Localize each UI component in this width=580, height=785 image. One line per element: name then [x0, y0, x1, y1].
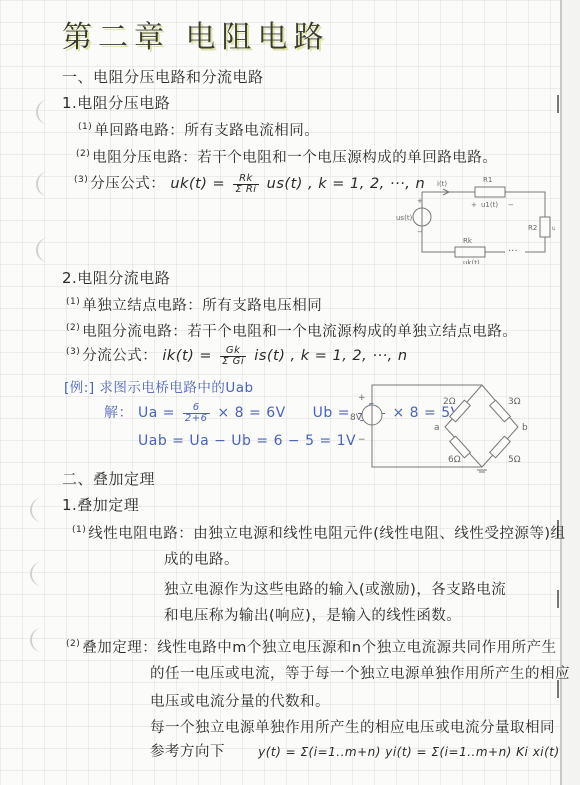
dots: ···: [508, 246, 518, 257]
edge-mark: [557, 95, 559, 113]
r1-label: R1: [483, 176, 492, 184]
sub1-heading: 1.电阻分压电路: [62, 92, 170, 113]
svg-text:+: +: [471, 201, 477, 209]
series-circuit-diagram: i(t) R1 u1(t) + − us(t) + − R2 u2(t) Rk …: [395, 172, 555, 264]
superposition-formula-line: 参考方向下 y(t) = Σ(i=1..m+n) yi(t) = Σ(i=1..…: [150, 740, 560, 761]
divider-item-2: (2)电阻分流电路：若干个电阻和一个电流源构成的单独立结点电路。: [66, 320, 517, 341]
r-6ohm-label: 6Ω: [448, 455, 461, 465]
current-divider-formula: (3)分流公式： ik(t) = GkΣ Gi is(t) , k = 1, 2…: [66, 344, 408, 367]
u1-label: u1(t): [481, 201, 498, 209]
edge-mark: [557, 590, 559, 608]
r-2ohm-label: 2Ω: [443, 397, 456, 407]
superposition-item: (2)叠加定理：线性电路中m个独立电压源和n个独立电流源共同作用所产生: [66, 636, 557, 657]
fraction: GkΣ Gi: [220, 346, 246, 367]
divider-item-2: (2)电阻分压电路：若干个电阻和一个电压源构成的单回路电路。: [76, 146, 497, 167]
section1-heading: 一、电阻分压电路和分流电路: [62, 66, 264, 87]
text-line: 成的电路。: [164, 548, 239, 569]
svg-text:+: +: [358, 393, 366, 403]
text-line: 独立电源作为这些电路的输入(或激励)，各支路电流: [164, 578, 506, 599]
current-label: i(t): [437, 180, 447, 188]
node-b-label: b: [522, 423, 528, 433]
text-line: 电压或电流分量的代数和。: [150, 690, 330, 711]
sub1-heading: 1.叠加定理: [62, 494, 139, 515]
example-label: [例:] 求图示电桥电路中的Uab: [64, 376, 254, 396]
u2-label: u2(t): [552, 225, 555, 232]
page-title: 第二章 电阻电路: [62, 12, 330, 56]
linear-circuit-item: (1)线性电阻电路：由独立电源和线性电阻元件(线性电阻、线性受控源等)组: [72, 522, 566, 543]
text-line: 和电压称为输出(响应)，是输入的线性函数。: [164, 604, 461, 625]
sub2-heading: 2.电阻分流电路: [62, 267, 170, 288]
section2-heading: 二、叠加定理: [62, 468, 155, 489]
text-line: 每一个独立电源单独作用所产生的相应电压或电流分量取相同: [150, 716, 555, 737]
r2-label: R2: [528, 224, 537, 232]
source-label: 8V: [350, 413, 363, 423]
example-solution-line-2: Uab = Ua − Ub = 6 − 5 = 1V: [138, 433, 356, 449]
svg-text:+: +: [417, 197, 423, 205]
svg-text:−: −: [508, 201, 514, 209]
voltage-divider-formula: (3)分压公式： uk(t) = RkΣ Ri us(t) , k = 1, 2…: [74, 172, 425, 195]
divider-item-1: (1)单回路电路：所有支路电流相同。: [78, 119, 319, 140]
svg-text:−: −: [358, 435, 366, 445]
r-3ohm-label: 3Ω: [508, 397, 521, 407]
uk-label: uk(t): [463, 259, 480, 264]
bridge-circuit-diagram: 8V + − 2Ω 3Ω 6Ω 5Ω a b: [350, 380, 550, 480]
text-line: 的任一电压或电流，等于每一个独立电源单独作用所产生的相应: [150, 662, 570, 683]
fraction: RkΣ Ri: [233, 174, 258, 195]
node-a-label: a: [434, 423, 440, 433]
divider-item-1: (1)单独立结点电路：所有支路电压相同: [66, 294, 322, 315]
rk-label: Rk: [463, 237, 473, 245]
source-label: us(t): [396, 214, 413, 222]
r-5ohm-label: 5Ω: [508, 455, 521, 465]
svg-text:−: −: [417, 228, 423, 236]
